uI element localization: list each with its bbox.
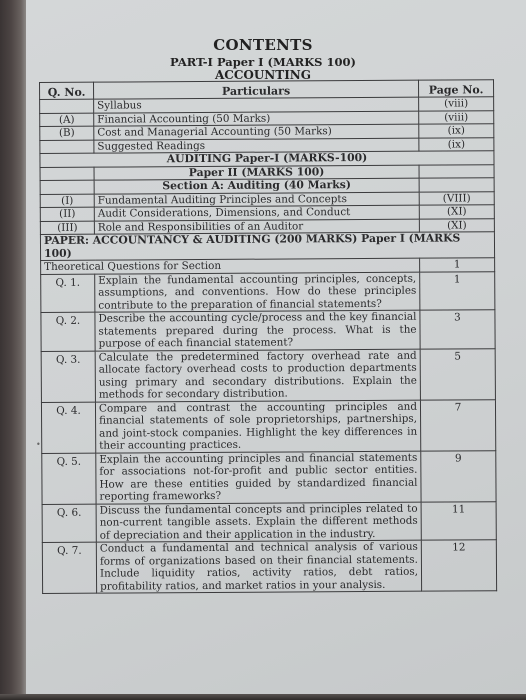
question-row: Q. 5. Explain the accounting principles …: [42, 450, 496, 504]
question-text: Describe the accounting cycle/process an…: [95, 310, 420, 350]
header-page: Page No.: [418, 80, 493, 97]
empty-cell: [419, 178, 494, 192]
row-qno: (III): [40, 221, 94, 235]
row-qno: [40, 99, 94, 113]
question-page: 12: [421, 540, 496, 591]
row-qno: [40, 140, 94, 154]
contents-title: CONTENTS: [0, 36, 526, 54]
row-page: (VIII): [419, 191, 494, 205]
question-row: Q. 2. Describe the accounting cycle/proc…: [41, 310, 495, 351]
row-page: (ix): [419, 124, 494, 138]
question-number: Q. 7.: [42, 542, 96, 593]
question-number: Q. 2.: [41, 312, 95, 351]
header-particulars: Particulars: [94, 80, 419, 99]
question-text: Conduct a fundamental and technical anal…: [96, 540, 421, 593]
theory-page: 1: [420, 258, 495, 272]
row-page: (XI): [419, 205, 494, 219]
row-qno: (A): [40, 113, 94, 127]
row-page: (viii): [419, 110, 494, 124]
question-page: 7: [420, 399, 495, 450]
row-page: (ix): [419, 137, 494, 151]
question-text: Explain the accounting principles and fi…: [96, 451, 421, 504]
bottom-edge-shadow: [0, 694, 526, 700]
book-binding: [0, 0, 28, 700]
paper-heading: PAPER: ACCOUNTANCY & AUDITING (200 MARKS…: [40, 232, 494, 261]
empty-cell: [40, 180, 94, 194]
question-number: Q. 5.: [42, 453, 96, 504]
question-page: 3: [420, 310, 495, 349]
row-page: (XI): [419, 218, 494, 232]
question-page: 11: [421, 501, 496, 540]
part-subtitle: PART-I Paper I (MARKS 100): [0, 55, 526, 69]
question-text: Explain the fundamental accounting princ…: [95, 272, 420, 312]
question-row: Q. 3. Calculate the predetermined factor…: [41, 348, 495, 402]
question-number: Q. 1.: [41, 274, 95, 313]
question-row: Q. 6. Discuss the fundamental concepts a…: [42, 501, 496, 542]
question-text: Calculate the predetermined factory over…: [95, 349, 420, 402]
row-qno: (II): [40, 207, 94, 221]
paper-heading-row: PAPER: ACCOUNTANCY & AUDITING (200 MARKS…: [40, 232, 494, 261]
row-qno: (I): [40, 194, 94, 208]
question-row: Q. 7. Conduct a fundamental and technica…: [42, 540, 496, 594]
question-row: Q. 4. Compare and contrast the accountin…: [41, 399, 495, 453]
row-page: (viii): [419, 97, 494, 111]
contents-table: Q. No. Particulars Page No. Syllabus (vi…: [39, 79, 497, 594]
row-qno: (B): [40, 126, 94, 140]
header-qno: Q. No.: [40, 82, 94, 99]
question-number: Q. 6.: [42, 504, 96, 543]
question-page: 1: [420, 271, 495, 310]
empty-cell: [419, 164, 494, 178]
question-page: 9: [421, 450, 496, 501]
question-row: Q. 1. Explain the fundamental accounting…: [41, 271, 495, 312]
empty-cell: [40, 167, 94, 181]
question-text: Discuss the fundamental concepts and pri…: [96, 502, 421, 542]
margin-mark: •: [36, 440, 41, 449]
question-page: 5: [420, 348, 495, 399]
question-text: Compare and contrast the accounting prin…: [95, 400, 420, 453]
question-number: Q. 3.: [41, 351, 95, 402]
question-number: Q. 4.: [41, 402, 95, 453]
